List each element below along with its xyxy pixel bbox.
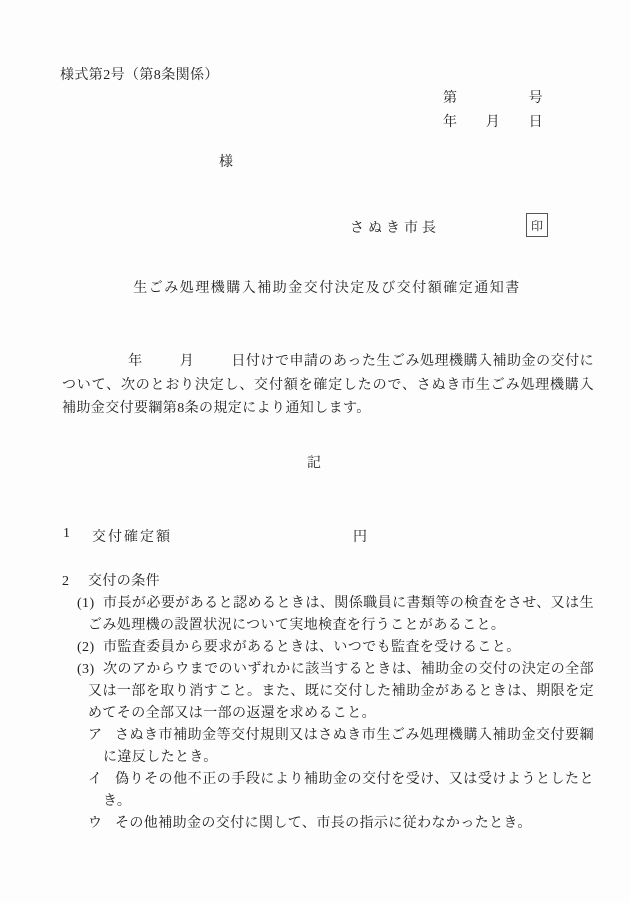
sender-title: さぬき市長 <box>350 217 440 237</box>
subitem-marker: ウ <box>88 813 102 835</box>
section2-label: 交付の条件 <box>88 574 160 589</box>
date-month-label: 月 <box>486 111 500 131</box>
section2-conditions: 2交付の条件 (1)市長が必要があると認めるときは、関係職員に書類等の検査をさせ… <box>62 571 594 835</box>
date-day-label: 日 <box>529 111 543 131</box>
item-marker: (2) <box>77 637 95 659</box>
item-text: 市監査委員から要求があるときは、いつでも監査を受けること。 <box>103 640 521 655</box>
date-line: 年 月 日 <box>443 111 543 131</box>
date-year-label: 年 <box>443 111 457 131</box>
subitem-text: 偽りその他不正の手段により補助金の交付を受け、又は受けようとしたとき。 <box>103 772 594 809</box>
section1-number: 1 <box>63 526 70 542</box>
document-page: 様式第2号（第8条関係） 第 号 年 月 日 様 さぬき市長 印 生ごみ処理機購… <box>0 0 630 903</box>
record-heading: 記 <box>62 452 568 472</box>
subitem-text: その他補助金の交付に関して、市長の指示に従わなかったとき。 <box>115 816 532 831</box>
section1-unit-yen: 円 <box>353 526 367 546</box>
condition-subitem-i: イ偽りその他不正の手段により補助金の交付を受け、又は受けようとしたとき。 <box>62 769 594 813</box>
seal-label: 印 <box>531 217 543 234</box>
doc-number-line: 第 号 <box>443 87 543 107</box>
body-month-label: 月 <box>180 354 195 369</box>
subitem-marker: イ <box>88 769 102 791</box>
section2-heading: 2交付の条件 <box>62 571 594 593</box>
item-text: 次のアからウまでのいずれかに該当するときは、補助金の交付の決定の全部又は一部を取… <box>88 662 594 721</box>
section1-label: 交付確定額 <box>92 526 172 546</box>
seal-stamp-box: 印 <box>526 213 548 237</box>
condition-item-2: (2)市監査委員から要求があるときは、いつでも監査を受けること。 <box>62 637 594 659</box>
item-text: 市長が必要があると認めるときは、関係職員に書類等の検査をさせ、又は生ごみ処理機の… <box>88 596 594 633</box>
addressee-honorific: 様 <box>219 151 233 171</box>
doc-number-suffix: 号 <box>529 87 543 107</box>
doc-number-prefix: 第 <box>443 87 457 107</box>
condition-item-1: (1)市長が必要があると認めるときは、関係職員に書類等の検査をさせ、又は生ごみ処… <box>62 593 594 637</box>
body-paragraph: 年月日付けで申請のあった生ごみ処理機購入補助金の交付について、次のとおり決定し、… <box>62 350 594 421</box>
condition-subitem-a: アさぬき市補助金等交付規則又はさぬき市生ごみ処理機購入補助金交付要綱に違反したと… <box>62 725 594 769</box>
body-year-label: 年 <box>128 354 143 369</box>
subitem-text: さぬき市補助金等交付規則又はさぬき市生ごみ処理機購入補助金交付要綱に違反したとき… <box>103 728 594 765</box>
item-marker: (1) <box>77 593 95 615</box>
condition-item-3: (3)次のアからウまでのいずれかに該当するときは、補助金の交付の決定の全部又は一… <box>62 659 594 725</box>
condition-subitem-u: ウその他補助金の交付に関して、市長の指示に従わなかったとき。 <box>62 813 594 835</box>
subitem-marker: ア <box>88 725 102 747</box>
form-number-label: 様式第2号（第8条関係） <box>60 64 219 84</box>
document-title: 生ごみ処理機購入補助金交付決定及び交付額確定通知書 <box>62 277 592 297</box>
section2-number: 2 <box>62 571 88 593</box>
item-marker: (3) <box>77 659 95 681</box>
